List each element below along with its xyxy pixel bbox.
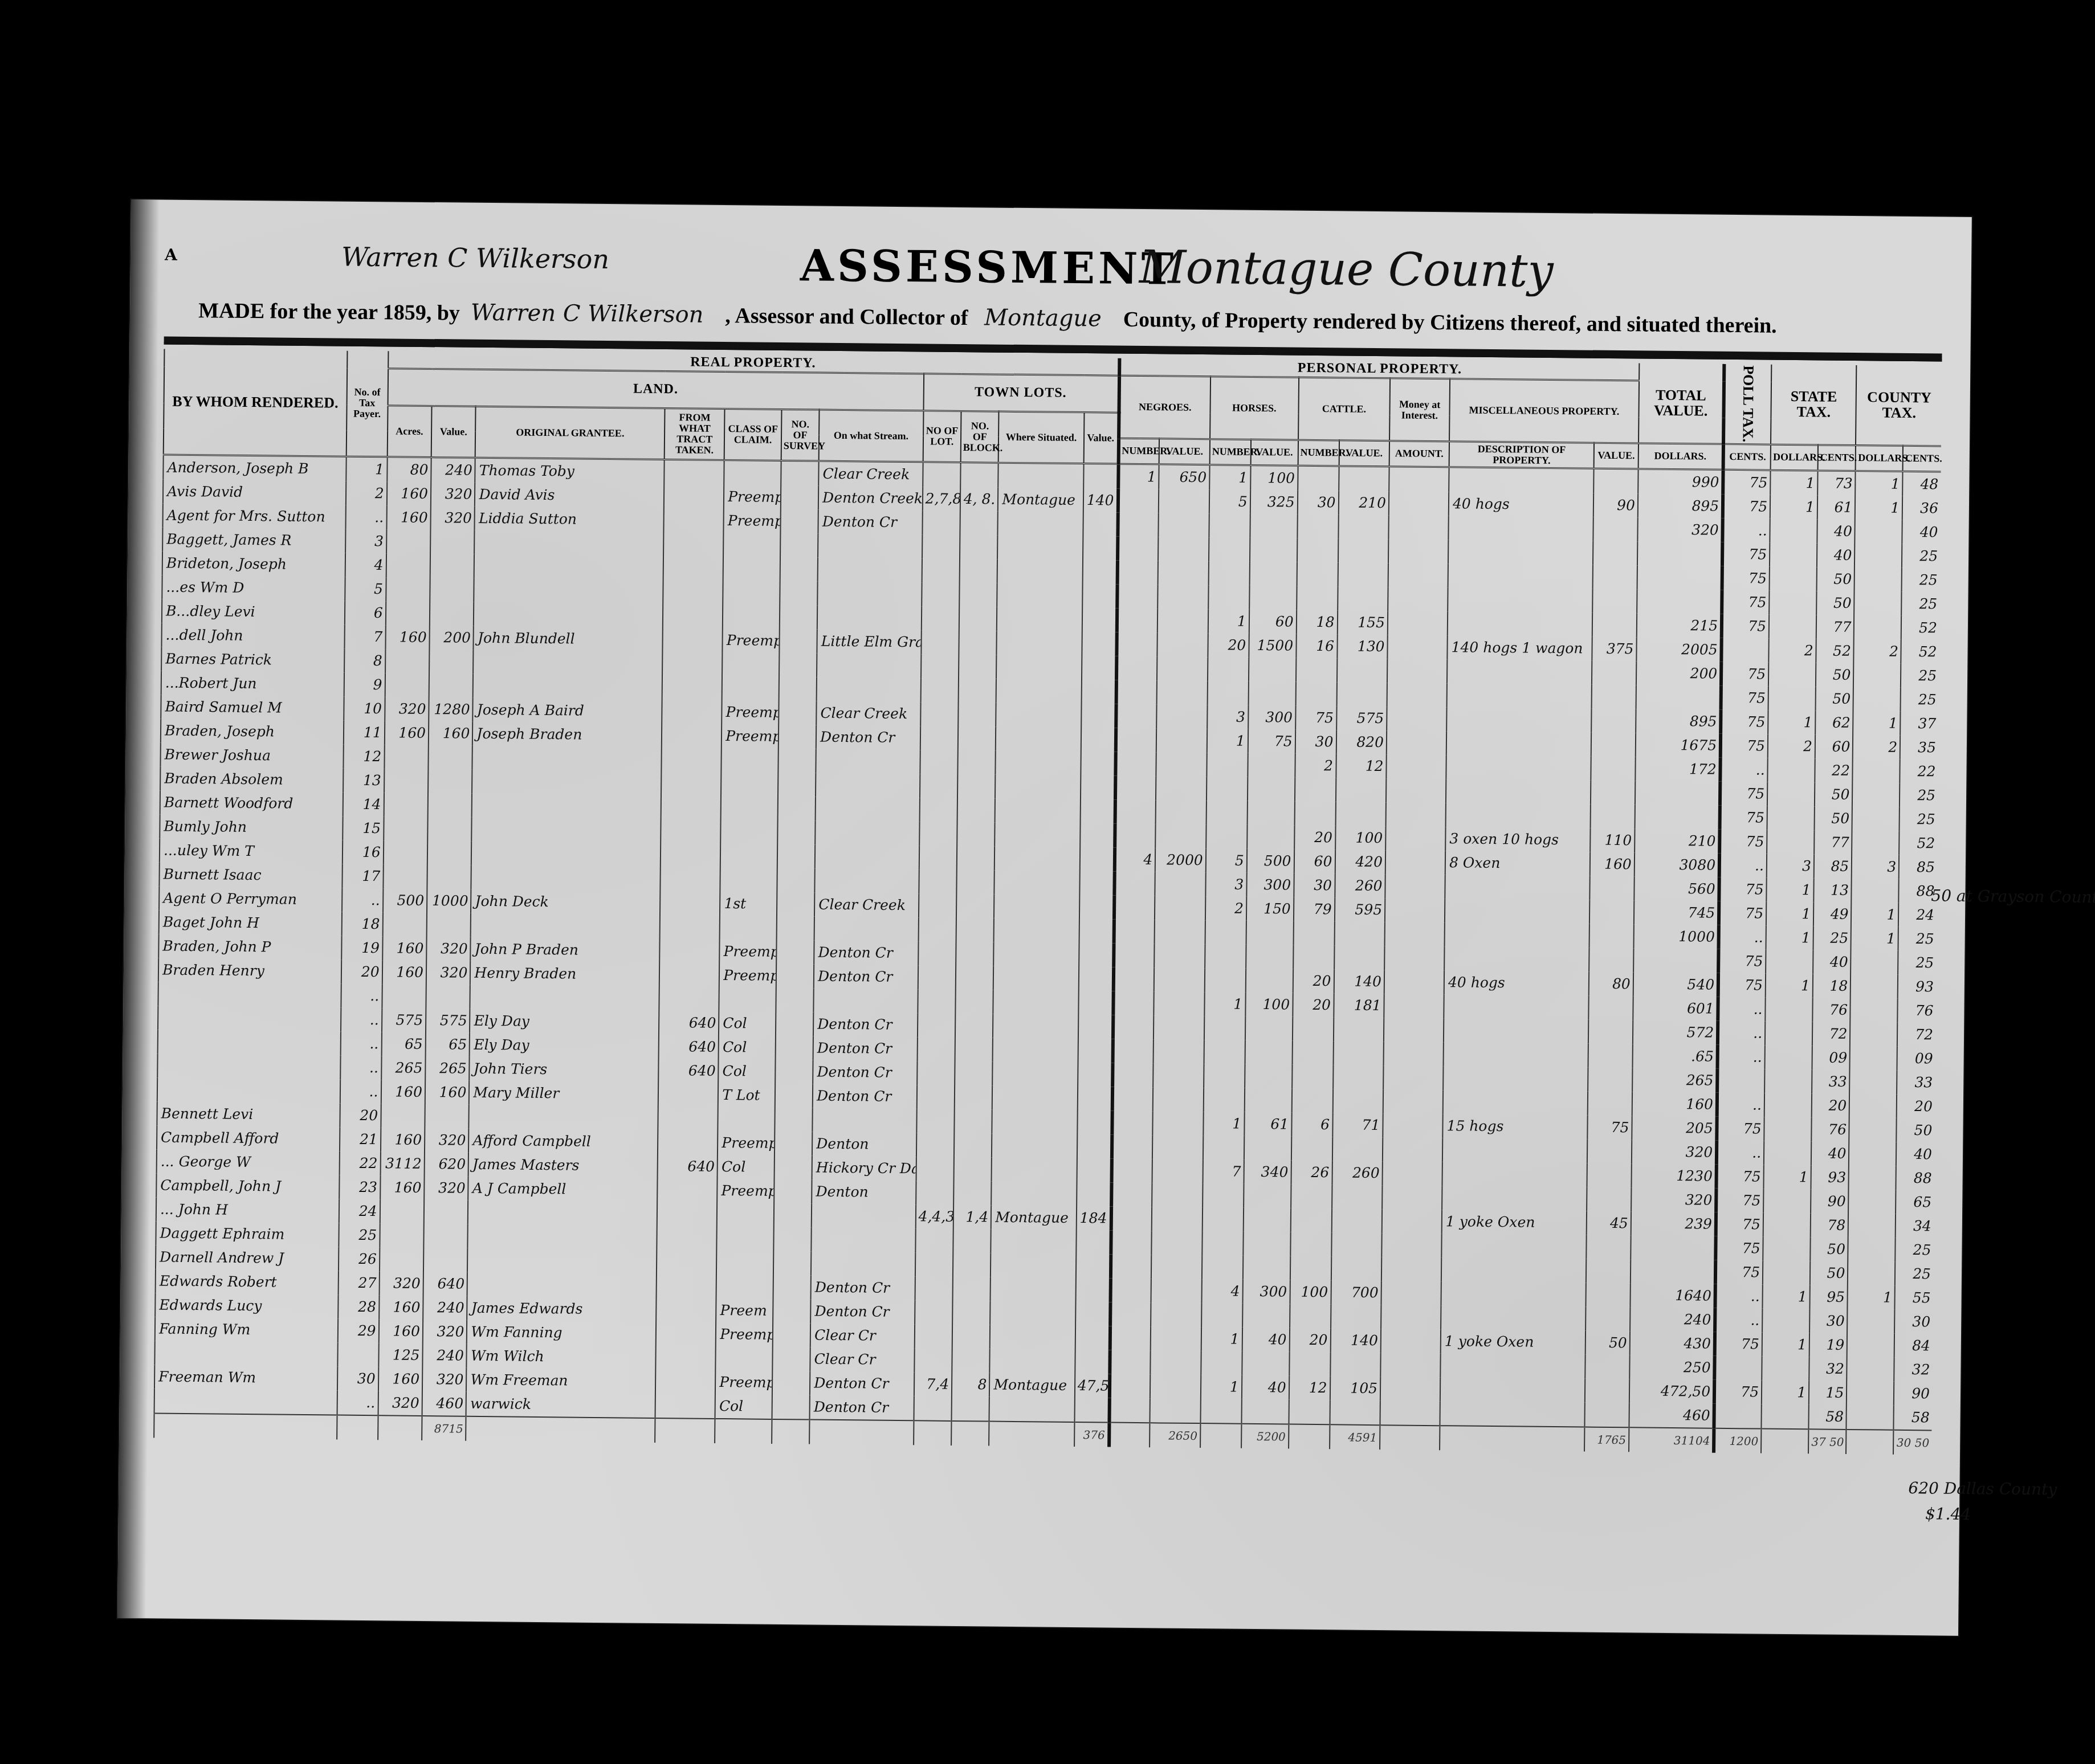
cell-lot-no xyxy=(918,917,956,942)
cell-stream: Denton Cr xyxy=(810,1395,914,1420)
cell-from-tract xyxy=(661,795,721,820)
cell-cattle-value: 260 xyxy=(1335,873,1385,898)
cell-stream: Denton Cr xyxy=(814,964,918,989)
cell-original-grantee xyxy=(472,769,661,795)
cell-state-cents: 52 xyxy=(1816,639,1854,663)
cell-lot-no xyxy=(921,606,959,631)
cell-row-name: Freeman Wm xyxy=(154,1365,337,1390)
cell-lot-value xyxy=(1075,1278,1110,1302)
cell-lot-value xyxy=(1081,775,1115,800)
cell-state-cents: 25 xyxy=(1813,926,1852,950)
cell-land-value: 320 xyxy=(423,1320,467,1344)
total-hor_v: 5200 xyxy=(1241,1423,1289,1448)
cell-misc-description xyxy=(1446,803,1591,828)
cell-stream xyxy=(817,677,921,702)
group-money-interest: Money at Interest. xyxy=(1389,378,1450,442)
cell-land-value xyxy=(430,578,474,602)
cell-state-dollars: 1 xyxy=(1770,470,1817,495)
cell-misc-value xyxy=(1586,1283,1631,1307)
total-cell xyxy=(1200,1423,1241,1448)
col-negroes-value: VALUE. xyxy=(1159,439,1210,465)
cell-horses-number xyxy=(1203,1207,1244,1232)
cell-total-value: 320 xyxy=(1632,1140,1717,1164)
col-state-cents: CENTS. xyxy=(1818,445,1856,471)
cell-cattle-number xyxy=(1291,1088,1332,1113)
cell-acres: 160 xyxy=(380,1175,425,1200)
cell-cattle-number xyxy=(1295,681,1336,706)
cell-county-cents: 35 xyxy=(1900,735,1938,759)
col-poll-tax: POLL TAX. xyxy=(1723,364,1771,444)
cell-lot-no xyxy=(915,1252,953,1277)
cell-negroes-number xyxy=(1110,1302,1151,1326)
cell-negroes-number xyxy=(1112,1063,1154,1087)
cell-misc-description xyxy=(1440,1377,1585,1402)
cell-county-dollars xyxy=(1848,1214,1896,1238)
cell-survey-no xyxy=(777,844,816,869)
cell-state-dollars xyxy=(1768,662,1816,687)
cell-misc-description xyxy=(1447,683,1592,708)
cell-class-claim: Preemp xyxy=(722,724,779,749)
cell-land-value: 640 xyxy=(423,1272,468,1296)
cell-horses-number xyxy=(1204,1016,1245,1040)
cell-lot-value xyxy=(1078,991,1113,1015)
cell-horses-value xyxy=(1241,1399,1289,1424)
cell-stream xyxy=(816,797,920,822)
cell-where-situated xyxy=(996,679,1082,703)
cell-class-claim xyxy=(720,868,777,892)
cell-horses-value: 150 xyxy=(1246,896,1294,921)
cell-county-dollars xyxy=(1854,567,1902,592)
cell-row-name: Baggett, James R xyxy=(162,527,345,553)
cell-stream xyxy=(815,844,919,869)
cell-acres xyxy=(380,1247,424,1272)
cell-cattle-number xyxy=(1296,658,1337,682)
cell-county-dollars xyxy=(1850,1022,1897,1047)
cell-row-name: Braden, Joseph xyxy=(161,718,344,744)
cell-state-dollars xyxy=(1762,1404,1809,1429)
cell-acres xyxy=(384,745,429,769)
cell-negroes-value xyxy=(1150,1398,1201,1423)
cell-money-amount xyxy=(1385,898,1445,922)
cell-lot-no xyxy=(922,582,960,607)
cell-misc-value: 90 xyxy=(1593,493,1638,517)
cell-row-name: Fanning Wm xyxy=(155,1317,338,1342)
cell-land-value: 1280 xyxy=(429,697,473,722)
cell-acres xyxy=(382,984,426,1008)
cell-cattle-value xyxy=(1333,1041,1384,1065)
cell-tax-payer-no: .. xyxy=(340,1079,381,1104)
cell-land-value xyxy=(425,1104,469,1129)
cell-original-grantee xyxy=(473,650,662,675)
cell-survey-no xyxy=(781,485,819,510)
cell-from-tract xyxy=(659,963,719,987)
total-cell xyxy=(154,1413,337,1439)
cell-county-dollars xyxy=(1848,1261,1895,1286)
cell-from-tract xyxy=(657,1178,717,1203)
cell-block-no xyxy=(954,1133,992,1158)
cell-county-dollars xyxy=(1851,974,1898,999)
cell-state-dollars xyxy=(1769,590,1816,615)
cell-state-cents: 62 xyxy=(1815,710,1853,735)
cell-acres: 160 xyxy=(381,1128,425,1152)
cell-block-no xyxy=(959,583,997,607)
cell-state-dollars: 1 xyxy=(1766,901,1813,926)
cell-lot-value xyxy=(1079,895,1114,920)
cell-horses-number: 3 xyxy=(1207,705,1248,729)
cell-cattle-number xyxy=(1290,1304,1331,1328)
cell-original-grantee xyxy=(468,1200,657,1226)
cell-block-no xyxy=(959,631,997,655)
cell-original-grantee xyxy=(472,793,661,819)
cell-misc-description xyxy=(1446,707,1592,732)
cell-block-no: 8 xyxy=(952,1373,990,1397)
cell-state-dollars: 2 xyxy=(1768,638,1816,663)
cell-county-dollars xyxy=(1847,1381,1894,1406)
cell-row-name: Avis David xyxy=(163,479,346,505)
cell-county-dollars xyxy=(1855,520,1902,544)
cell-county-cents: 25 xyxy=(1902,544,1940,569)
cell-original-grantee xyxy=(474,602,663,627)
cell-class-claim xyxy=(723,605,780,629)
cell-misc-description xyxy=(1446,755,1591,780)
cell-misc-value xyxy=(1592,708,1636,733)
cell-tax-payer-no: 28 xyxy=(338,1295,379,1319)
cell-poll-tax: 75 xyxy=(1716,1188,1763,1212)
cell-from-tract xyxy=(658,1130,718,1155)
cell-misc-value xyxy=(1585,1354,1630,1379)
cell-misc-value xyxy=(1591,756,1636,781)
cell-county-dollars xyxy=(1850,1046,1897,1071)
cell-negroes-number xyxy=(1110,1254,1151,1279)
cell-original-grantee: Henry Braden xyxy=(470,961,659,986)
cell-county-dollars xyxy=(1853,759,1900,783)
cell-negroes-number xyxy=(1114,871,1155,896)
cell-money-amount xyxy=(1381,1257,1441,1281)
cell-poll-tax: 75 xyxy=(1723,494,1770,518)
cell-misc-value: 45 xyxy=(1587,1211,1631,1235)
cell-acres: 160 xyxy=(382,936,427,961)
cell-where-situated xyxy=(994,918,1079,942)
cell-lot-value xyxy=(1082,656,1116,680)
cell-misc-description: 1 yoke Oxen xyxy=(1442,1210,1587,1235)
cell-cattle-value xyxy=(1334,945,1385,970)
cell-lot-no xyxy=(916,1085,955,1109)
cell-land-value: 1000 xyxy=(427,889,471,913)
cell-tax-payer-no: 22 xyxy=(339,1151,380,1175)
cell-money-amount xyxy=(1380,1377,1440,1401)
cell-tax-payer-no: 8 xyxy=(344,648,385,673)
cell-row-name: Barnes Patrick xyxy=(161,647,344,672)
cell-negroes-number xyxy=(1118,512,1159,537)
cell-poll-tax: 75 xyxy=(1722,590,1769,614)
cell-horses-number xyxy=(1203,1183,1244,1208)
cell-horses-number: 1 xyxy=(1208,609,1249,634)
cell-horses-number xyxy=(1205,944,1246,969)
cell-money-amount xyxy=(1382,1185,1442,1210)
total-cell xyxy=(1440,1426,1585,1451)
cell-state-cents: 09 xyxy=(1812,1046,1851,1070)
cell-misc-value xyxy=(1589,924,1634,948)
cell-state-dollars: 1 xyxy=(1762,1380,1809,1404)
cell-lot-no: 2,7,8 xyxy=(922,487,960,511)
cell-land-value: 620 xyxy=(425,1152,469,1177)
cell-land-value xyxy=(426,985,470,1009)
cell-row-name: Daggett Ephraim xyxy=(156,1221,339,1247)
cell-cattle-number xyxy=(1289,1351,1330,1376)
cell-total-value: 265 xyxy=(1632,1068,1718,1092)
cell-original-grantee: Afford Campbell xyxy=(468,1128,658,1154)
cell-tax-payer-no: .. xyxy=(340,1055,381,1080)
cell-stream: Denton Cr xyxy=(810,1371,914,1396)
total-misc_v: 1765 xyxy=(1584,1427,1629,1452)
cell-poll-tax: 75 xyxy=(1722,614,1769,638)
cell-original-grantee: John Tiers xyxy=(470,1056,659,1082)
cell-cattle-number xyxy=(1291,1184,1332,1208)
cell-from-tract xyxy=(663,556,723,581)
cell-state-dollars xyxy=(1767,782,1815,806)
cell-county-dollars xyxy=(1847,1309,1894,1334)
cell-lot-value: 47,50 xyxy=(1075,1374,1110,1398)
cell-county-cents: 25 xyxy=(1901,663,1939,688)
cell-poll-tax: 75 xyxy=(1717,1116,1764,1141)
cell-survey-no xyxy=(773,1227,812,1252)
cell-horses-number xyxy=(1207,753,1248,777)
col-state-dollars: DOLLARS. xyxy=(1771,444,1818,471)
cell-state-cents: 40 xyxy=(1811,1141,1849,1166)
cell-negroes-value xyxy=(1158,537,1209,561)
cell-from-tract xyxy=(661,771,721,796)
cell-tax-payer-no: 2 xyxy=(346,481,387,505)
document-title: ASSESSMENT xyxy=(800,240,1177,294)
cell-total-value: 205 xyxy=(1632,1116,1717,1140)
cell-lot-no xyxy=(914,1396,952,1421)
cell-misc-description: 3 oxen 10 hogs xyxy=(1445,827,1591,852)
cell-stream xyxy=(812,1203,916,1228)
cell-total-value: 320 xyxy=(1637,517,1723,542)
cell-poll-tax: .. xyxy=(1717,1092,1764,1117)
cell-stream: Clear Creek xyxy=(818,461,923,487)
col-land-value: Value. xyxy=(431,406,476,458)
cell-block-no xyxy=(955,1038,993,1062)
cell-land-value xyxy=(429,673,474,698)
cell-horses-value: 300 xyxy=(1246,872,1294,897)
cell-cattle-number: 30 xyxy=(1295,729,1336,754)
cell-negroes-number xyxy=(1112,1087,1153,1111)
cell-horses-value: 40 xyxy=(1242,1327,1289,1351)
cell-stream: Denton Cr xyxy=(816,725,920,750)
cell-cattle-value: 575 xyxy=(1336,706,1387,730)
cell-negroes-number xyxy=(1115,728,1156,752)
cell-stream xyxy=(817,653,921,678)
cell-poll-tax: 75 xyxy=(1716,1212,1763,1236)
cell-acres xyxy=(384,793,428,817)
cell-negroes-value xyxy=(1158,585,1209,609)
cell-stream xyxy=(815,868,919,893)
cell-land-value xyxy=(427,841,472,865)
cell-county-cents: 22 xyxy=(1900,759,1938,783)
cell-class-claim xyxy=(721,796,778,820)
cell-state-dollars xyxy=(1763,1260,1810,1285)
cell-acres xyxy=(386,529,431,554)
cell-block-no xyxy=(956,894,994,918)
cell-poll-tax: .. xyxy=(1717,1140,1764,1165)
cell-money-amount xyxy=(1385,922,1445,946)
cell-horses-value xyxy=(1249,658,1296,682)
cell-tax-payer-no: 3 xyxy=(345,529,386,553)
total-cell xyxy=(715,1419,772,1444)
cell-from-tract xyxy=(663,628,723,652)
cell-negroes-number xyxy=(1113,991,1154,1015)
cell-misc-description xyxy=(1446,779,1591,804)
cell-county-cents: 36 xyxy=(1902,496,1941,521)
cell-poll-tax: 75 xyxy=(1723,469,1770,495)
cell-cattle-number xyxy=(1297,514,1338,538)
col-from-tract: FROM WHAT TRACT TAKEN. xyxy=(665,408,725,460)
cell-row-name: Edwards Robert xyxy=(156,1269,339,1295)
cell-misc-description xyxy=(1448,611,1593,636)
cell-acres: 575 xyxy=(382,1008,426,1032)
cell-total-value: 430 xyxy=(1630,1331,1715,1355)
cell-survey-no xyxy=(779,653,817,677)
cell-original-grantee xyxy=(474,530,663,556)
cell-acres: 320 xyxy=(385,697,429,721)
cell-misc-value xyxy=(1587,1163,1632,1187)
cell-total-value: 990 xyxy=(1638,469,1723,495)
cell-row-name: Campbell Afford xyxy=(157,1125,340,1151)
cell-land-value: 575 xyxy=(426,1008,470,1033)
cell-tax-payer-no: 21 xyxy=(340,1127,381,1151)
cell-county-cents: 58 xyxy=(1894,1405,1932,1430)
cell-tax-payer-no: 20 xyxy=(341,959,382,984)
cell-money-amount xyxy=(1388,587,1448,611)
cell-original-grantee: James Edwards xyxy=(467,1296,657,1321)
cell-total-value: .65 xyxy=(1632,1044,1718,1068)
cell-block-no xyxy=(953,1181,992,1206)
cell-from-tract xyxy=(657,1202,717,1227)
cell-horses-value xyxy=(1250,538,1297,562)
cell-original-grantee: Wm Fanning xyxy=(467,1320,656,1345)
cell-negroes-value xyxy=(1159,513,1209,537)
group-town-lots: TOWN LOTS. xyxy=(923,374,1119,413)
cell-land-value: 320 xyxy=(425,1128,469,1153)
cell-misc-value xyxy=(1587,1187,1632,1211)
cell-tax-payer-no: 6 xyxy=(345,601,386,625)
cell-county-cents: 48 xyxy=(1903,471,1941,496)
cell-poll-tax: 75 xyxy=(1719,829,1767,854)
cell-county-dollars xyxy=(1849,1190,1896,1214)
cell-poll-tax: .. xyxy=(1715,1308,1762,1332)
cell-total-value: 250 xyxy=(1629,1355,1715,1379)
cell-tax-payer-no xyxy=(337,1342,378,1367)
cell-cattle-value: 820 xyxy=(1336,730,1387,754)
cell-money-amount xyxy=(1380,1353,1440,1377)
cell-original-grantee: Liddia Sutton xyxy=(475,506,664,532)
cell-original-grantee: Joseph A Baird xyxy=(473,697,662,723)
cell-state-dollars xyxy=(1764,1141,1811,1165)
cell-money-amount xyxy=(1382,1161,1442,1186)
total-cell xyxy=(951,1421,989,1446)
cell-class-claim xyxy=(720,820,777,844)
cell-county-dollars xyxy=(1854,544,1902,568)
cell-acres: 265 xyxy=(381,1056,426,1080)
cell-block-no: 4, 8. xyxy=(960,487,998,512)
cell-cattle-number xyxy=(1290,1208,1331,1232)
cell-county-dollars xyxy=(1853,663,1901,688)
total-cell xyxy=(1289,1424,1330,1449)
cell-acres xyxy=(383,864,427,889)
cell-horses-value xyxy=(1248,777,1295,801)
cell-misc-value xyxy=(1591,732,1636,757)
cell-county-cents: 24 xyxy=(1898,903,1937,927)
cell-cattle-number xyxy=(1297,586,1338,610)
total-cell xyxy=(337,1415,378,1440)
cell-total-value: 1230 xyxy=(1631,1163,1717,1188)
cell-from-tract xyxy=(656,1322,716,1346)
total-lotval: 376 xyxy=(1074,1422,1109,1447)
cell-lot-value xyxy=(1082,632,1116,656)
cell-lot-value xyxy=(1081,704,1116,728)
cell-total-value: 240 xyxy=(1630,1307,1715,1332)
cell-survey-no xyxy=(772,1371,810,1395)
cell-block-no xyxy=(952,1301,991,1325)
cell-state-cents: 30 xyxy=(1809,1309,1848,1333)
cell-horses-number xyxy=(1207,777,1248,801)
cell-misc-description xyxy=(1446,731,1592,756)
cell-state-dollars xyxy=(1764,1093,1812,1117)
cell-lot-value xyxy=(1080,799,1115,824)
cell-misc-description xyxy=(1448,587,1593,612)
cell-county-cents: 25 xyxy=(1900,783,1938,807)
cell-lot-value xyxy=(1078,1063,1112,1087)
cell-money-amount xyxy=(1388,539,1448,563)
cell-where-situated xyxy=(993,966,1079,990)
cell-cattle-value xyxy=(1335,802,1386,826)
cell-horses-value xyxy=(1249,586,1297,610)
cell-county-dollars xyxy=(1852,879,1899,903)
cell-misc-value: 110 xyxy=(1591,828,1635,852)
cell-stream: Denton Cr xyxy=(810,1299,915,1324)
cell-acres: 125 xyxy=(378,1343,423,1367)
cell-horses-value: 100 xyxy=(1250,465,1298,490)
cell-acres: 160 xyxy=(381,1080,425,1104)
cell-stream: Denton xyxy=(812,1132,916,1157)
cell-original-grantee: Ely Day xyxy=(470,1008,659,1034)
cell-acres xyxy=(386,577,430,602)
cell-horses-value xyxy=(1242,1351,1289,1375)
cell-block-no xyxy=(952,1396,990,1422)
cell-land-value: 320 xyxy=(424,1176,468,1200)
cell-from-tract: 640 xyxy=(658,1154,718,1179)
cell-stream: Denton xyxy=(812,1179,916,1204)
cell-negroes-number xyxy=(1109,1398,1150,1423)
cell-state-dollars xyxy=(1765,997,1812,1022)
cell-from-tract xyxy=(662,700,722,724)
cell-lot-no xyxy=(916,1181,954,1205)
cell-where-situated xyxy=(996,750,1081,775)
cell-county-cents: 25 xyxy=(1895,1261,1933,1286)
cell-survey-no xyxy=(777,820,816,845)
cell-misc-description xyxy=(1444,1042,1589,1067)
cell-acres xyxy=(385,601,430,626)
cell-lot-value xyxy=(1080,823,1115,848)
cell-block-no xyxy=(960,511,998,536)
cell-misc-description xyxy=(1444,994,1589,1019)
cell-tax-payer-no: 5 xyxy=(345,577,386,601)
cell-cattle-number xyxy=(1292,1040,1333,1065)
cell-from-tract xyxy=(656,1298,716,1322)
cell-where-situated xyxy=(997,631,1082,655)
cell-misc-value xyxy=(1593,517,1638,541)
